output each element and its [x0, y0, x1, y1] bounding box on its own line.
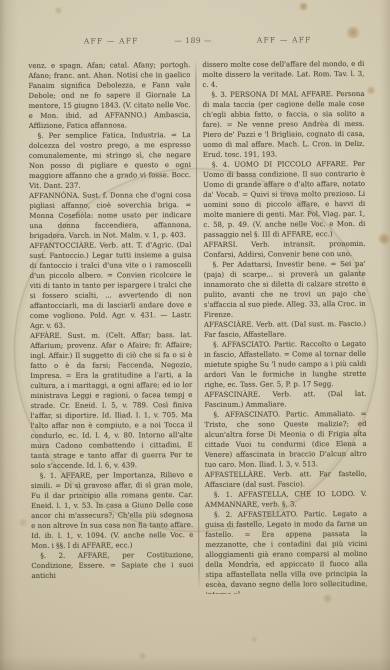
entry-affarsi: AFFARSI. Verb. intransit. pronomin. Conf…	[203, 239, 365, 260]
scanned-page: AFF — AFF — 189 — AFF — AFF venz. e spag…	[0, 0, 390, 670]
running-header: AFF — AFF — 189 — AFF — AFF	[0, 35, 388, 49]
page-content: AFF — AFF — 189 — AFF — AFF venz. e spag…	[0, 0, 390, 670]
entry-affare: AFFÀRE. Sust. m. (Celt. Affar; bass. lat…	[30, 330, 193, 471]
para-affare-continuation: dissero molte cose dell'affare del mondo…	[202, 59, 364, 90]
para-affare-section-3: §. 3. PERSONA DI MAL AFFARE. Persona di …	[203, 89, 365, 160]
para-affare-section-4: §. 4. UOMO DI PICCOLO AFFARE. Per Uomo d…	[203, 159, 365, 240]
para-affastellato-section-2: §. 2. AFFASTELLATO. Partic. Legato a gui…	[205, 509, 368, 594]
column-divider-rule	[195, 58, 199, 590]
entry-affascinare: AFFASCINÀRE. Verb. att. (Dal lat. Fascin…	[204, 389, 366, 410]
left-column: venz. e spagn. Afan; catal. Afany; porto…	[28, 60, 193, 595]
para-affastella-section-1: §. 1. AFFASTELLA, CHE IO LODO. V. AMMANN…	[205, 489, 367, 510]
right-column: dissero molte cose dell'affare del mondo…	[202, 59, 367, 594]
para-affanno-section: §. Per semplice Fatica, Industria. = La …	[29, 130, 191, 191]
para-affasciato-section: §. AFFASCIATO. Partic. Raccolto o Legato…	[204, 339, 366, 390]
para-affare-section-1: §. 1. AFFARE, per Importanza, Rilievo e …	[31, 470, 193, 551]
para-affarsi-section: §. Per Adattarsi, Investir bene. = Sei p…	[204, 259, 366, 320]
entry-affasciare: AFFASCIÀRE. Verb. att. (Dal sust. m. Fas…	[204, 319, 366, 340]
entry-affannona: AFFANNÓNA. Sust. f. Donna che d'ogni cos…	[29, 190, 191, 241]
entry-affantocciare: AFFANTOCCIÀRE. Verb. att. T. d'Agric. (D…	[29, 240, 192, 331]
header-right-guide: AFF — AFF	[204, 35, 364, 45]
entry-affastellare: AFFASTELLÀRE. Verb. att. Far fastello, A…	[205, 469, 367, 490]
para-affare-section-2: §. 2. AFFARE, per Costituzione, Condizio…	[31, 550, 193, 581]
para-affanno-continuation: venz. e spagn. Afan; catal. Afany; porto…	[28, 60, 190, 131]
para-affascinato-section: §. AFFASCINATO. Partic. Ammaliato. = Tri…	[204, 409, 366, 470]
